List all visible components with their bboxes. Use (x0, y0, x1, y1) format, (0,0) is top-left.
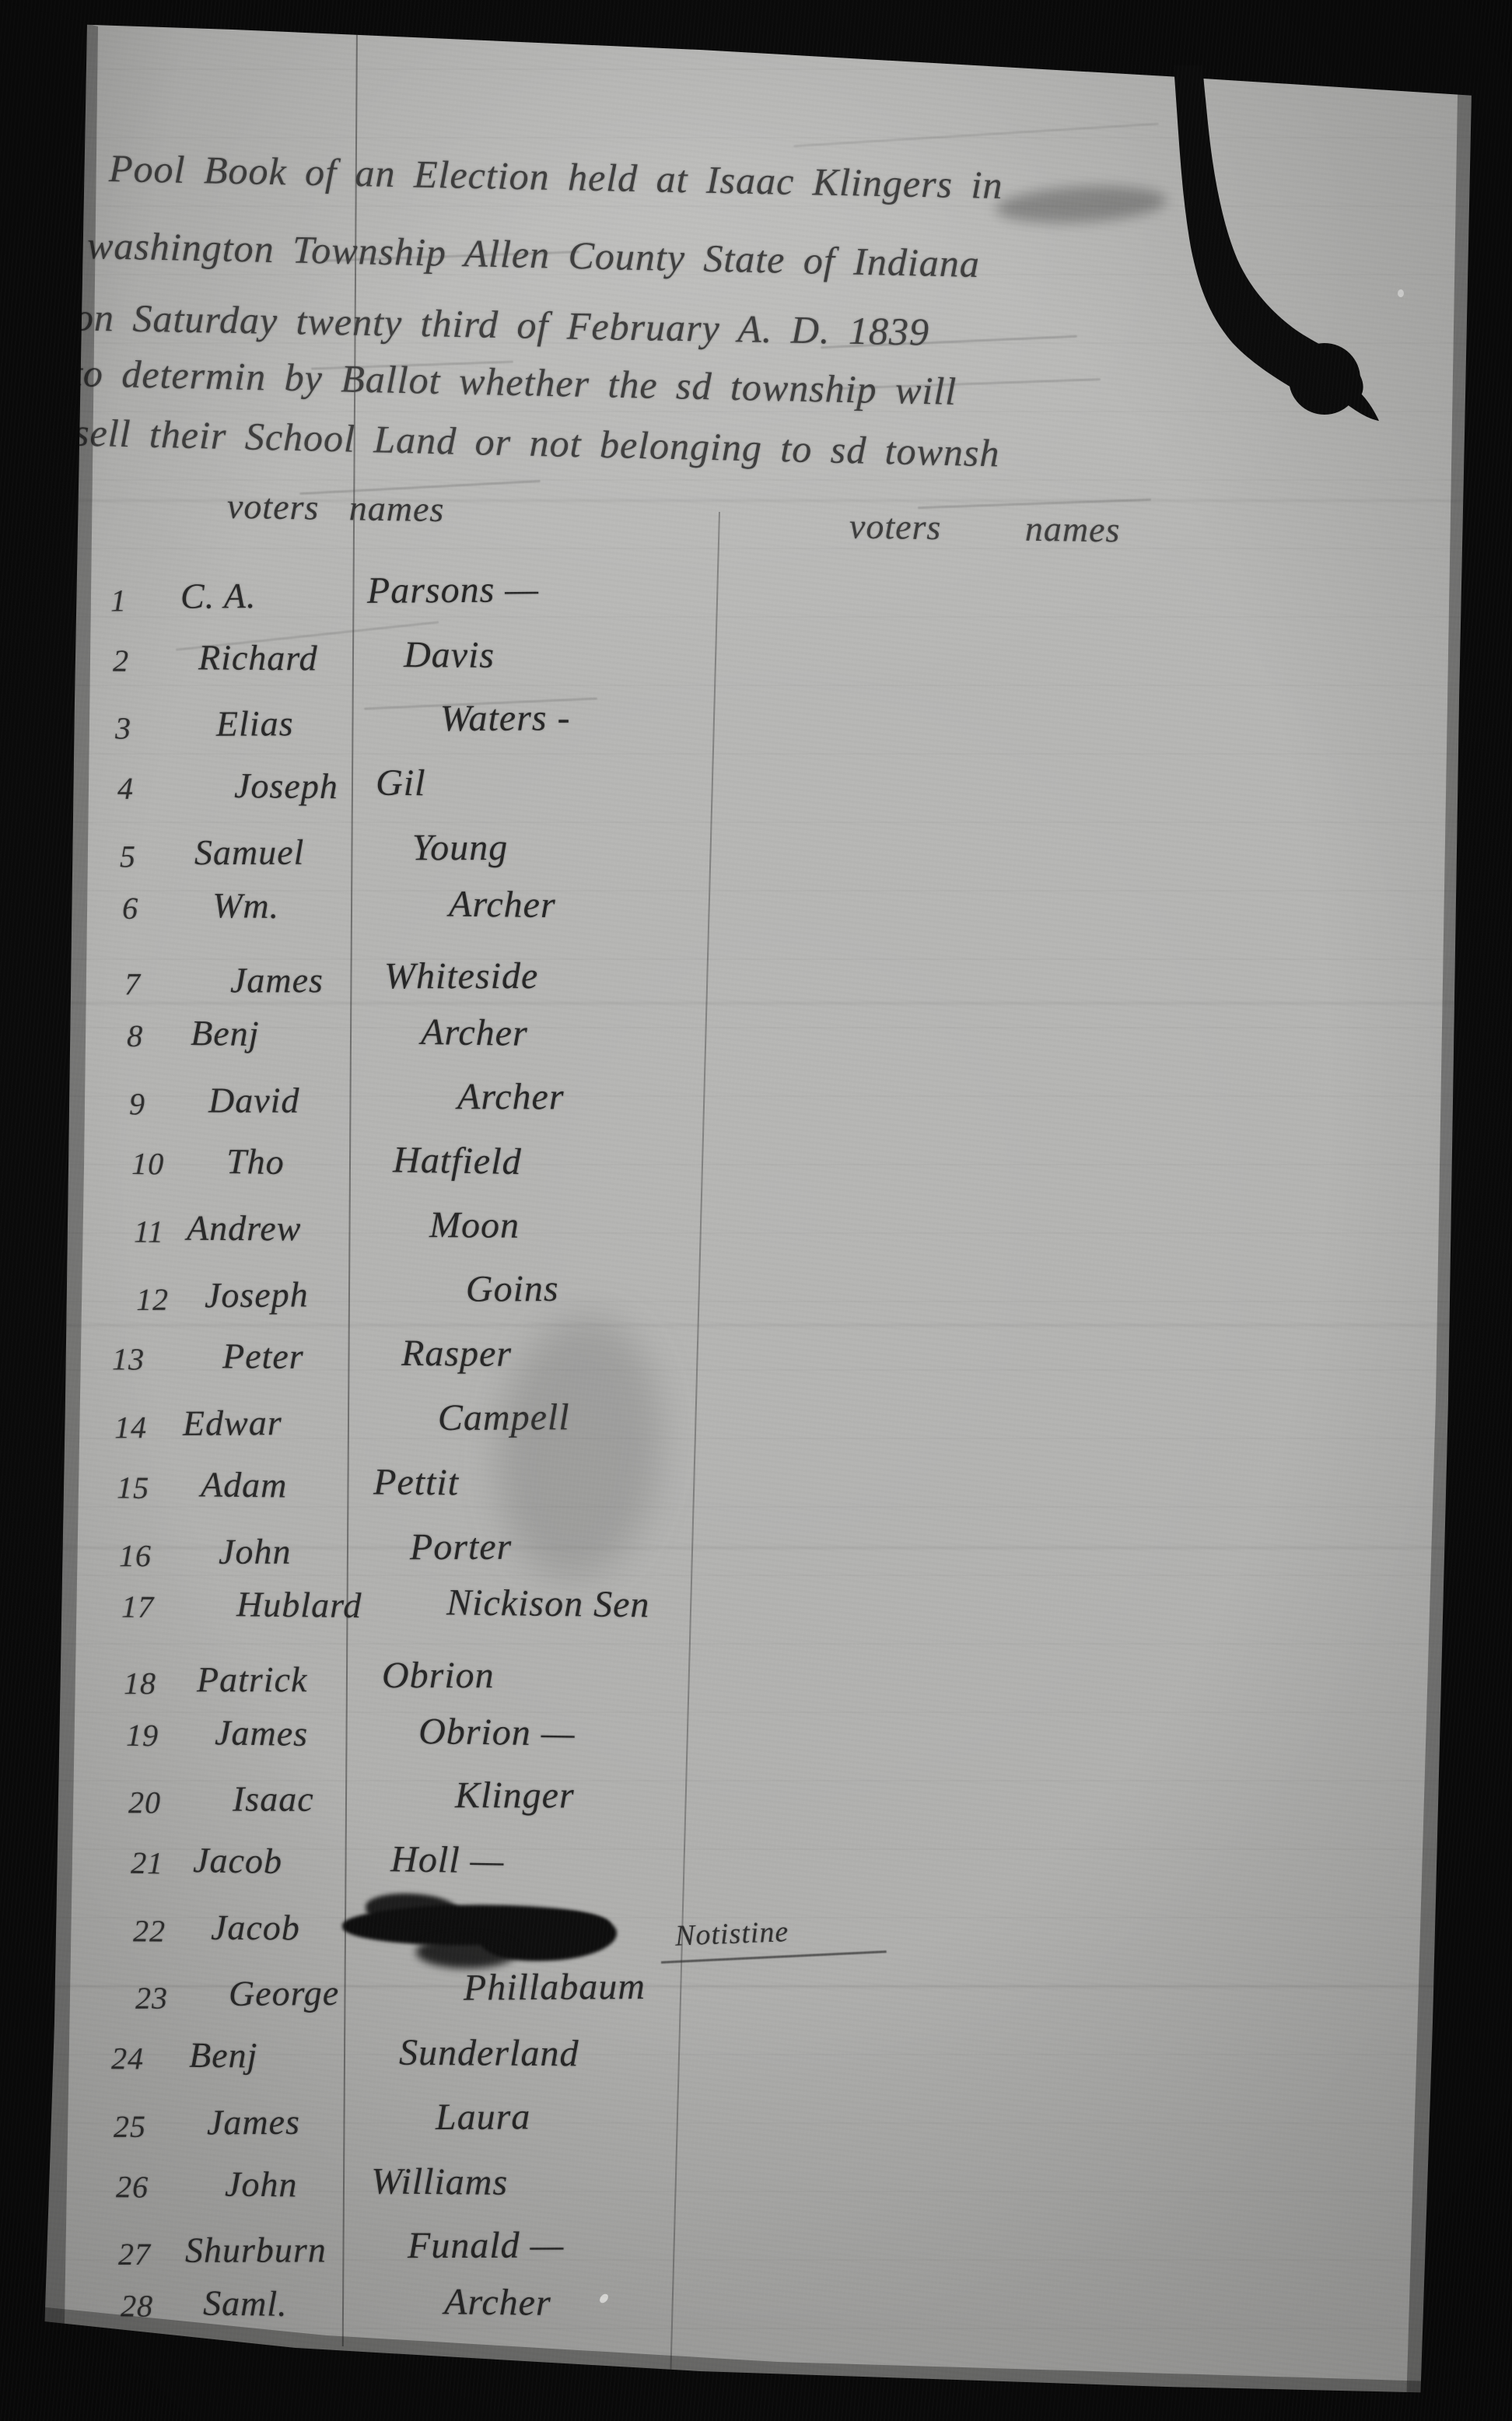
voter-surname: Klinger (455, 1774, 575, 1817)
voter-given-name: Saml. (203, 2283, 288, 2325)
voter-number: 18 (124, 1665, 156, 1701)
voter-surname: Whiteside (384, 955, 538, 997)
voter-given-name: Benj (189, 2034, 258, 2076)
voter-row: 3 Elias Waters - (0, 692, 1512, 764)
voter-given-name: Shurburn (185, 2229, 327, 2270)
voter-given-name: Richard (198, 636, 318, 678)
voter-surname: Williams (371, 2160, 509, 2204)
voter-list: 1 C. A. Parsons — 2 Richard Davis 3 Elia… (0, 0, 1512, 2421)
voter-surname: Archer (421, 1011, 528, 1055)
voter-row: 14 Edwar Campell (0, 1391, 1512, 1463)
voter-number: 12 (136, 1281, 169, 1318)
voter-number: 24 (111, 2040, 144, 2076)
voter-surname: Hatfield (393, 1138, 522, 1183)
voter-surname: Porter (410, 1526, 512, 1568)
voter-surname: Archer (444, 2280, 551, 2325)
voter-number: 1 (110, 582, 127, 618)
voter-given-name: Peter (222, 1335, 304, 1377)
voter-given-name: John (225, 2163, 298, 2206)
voter-number: 5 (120, 838, 136, 874)
voter-given-name: David (208, 1080, 300, 1121)
voter-given-name: C. A. (180, 575, 257, 617)
voter-surname: Sunderland (399, 2031, 579, 2076)
paper-speck (1398, 289, 1404, 297)
voter-surname: Nickison Sen (446, 1581, 650, 1626)
voter-given-name: Andrew (187, 1207, 302, 1249)
voter-row: 1 C. A. Parsons — (0, 560, 1512, 636)
voter-given-name: Adam (201, 1464, 288, 1506)
voter-number: 14 (114, 1409, 147, 1445)
voter-surname: Obrion (382, 1654, 495, 1697)
voter-row: 9 David Archer (0, 1074, 1512, 1141)
voter-number: 22 (133, 1912, 166, 1949)
voter-surname: Rasper (401, 1332, 512, 1375)
voter-surname: Funald — (408, 2224, 564, 2267)
ink-blot-crossed-out-name (416, 1936, 517, 1969)
voter-number: 28 (121, 2287, 154, 2324)
scanned-document: Pool Book of an Election held at Isaac K… (0, 0, 1512, 2421)
voter-row: 12 Joseph Goins (0, 1260, 1512, 1336)
voter-given-name: James (215, 1712, 309, 1754)
voter-given-name: Patrick (197, 1659, 307, 1700)
voter-given-name: John (219, 1531, 292, 1572)
voter-number: 9 (129, 1085, 145, 1122)
voter-number: 17 (121, 1589, 155, 1625)
voter-given-name: James (230, 959, 324, 1000)
voter-given-name: Joseph (205, 1274, 309, 1316)
voter-surname: Davis (404, 633, 495, 677)
voter-given-name: Jacob (193, 1839, 283, 1882)
voter-row: 25 James Laura (0, 2090, 1512, 2161)
voter-number: 6 (122, 890, 139, 927)
voter-number: 21 (131, 1845, 164, 1882)
voter-surname: Obrion — (418, 1710, 576, 1755)
voter-given-name: Isaac (233, 1778, 314, 1820)
voter-surname: Campell (438, 1396, 570, 1439)
voter-surname: Archer (457, 1075, 565, 1118)
voter-given-name: Elias (216, 702, 294, 745)
voter-row: 23 George Phillabaum (0, 1959, 1512, 2034)
voter-given-name: Jacob (211, 1907, 300, 1949)
voter-number: 26 (116, 2168, 149, 2205)
voter-surname: Goins (466, 1267, 559, 1311)
voter-surname: Pettit (373, 1461, 459, 1505)
voter-number: 16 (119, 1537, 152, 1574)
voter-surname: Phillabaum (464, 1965, 646, 2009)
voter-surname: Moon (429, 1203, 520, 1247)
voter-row: 28 Saml. Archer (0, 2275, 1512, 2356)
voter-number: 23 (135, 1980, 168, 2016)
voter-surname: Holl — (390, 1838, 505, 1882)
voter-given-name: Benj (191, 1012, 260, 1054)
voter-number: 7 (124, 965, 141, 1002)
voter-number: 25 (114, 2108, 146, 2145)
voter-surname: Archer (449, 883, 556, 927)
voter-given-name: Tho (226, 1140, 285, 1182)
voter-given-name: Edwar (183, 1402, 282, 1444)
voter-number: 8 (127, 1018, 144, 1054)
voter-row: 6 Wm. Archer (0, 878, 1512, 958)
voter-surname: Waters - (440, 696, 571, 740)
voter-number: 20 (128, 1784, 161, 1820)
voter-number: 2 (113, 643, 129, 679)
voter-surname: Parsons — (367, 568, 539, 612)
page-paper: Pool Book of an Election held at Isaac K… (0, 0, 1512, 2421)
voter-number: 19 (126, 1717, 159, 1754)
voter-number: 10 (131, 1145, 165, 1182)
voter-row: 20 Isaac Klinger (0, 1773, 1512, 1840)
voter-number: 13 (112, 1340, 145, 1377)
voter-row: 17 Hublard Nickison Sen (0, 1576, 1512, 1657)
voter-given-name: George (229, 1972, 340, 2014)
voter-surname: Laura (436, 2095, 531, 2139)
voter-surname: Gil (376, 762, 426, 805)
voter-given-name: Hublard (236, 1583, 362, 1626)
voter-given-name: James (207, 2101, 300, 2143)
voter-given-name: Joseph (234, 765, 338, 807)
voter-given-name: Wm. (212, 885, 280, 927)
voter-number: 15 (117, 1470, 149, 1506)
voter-given-name: Samuel (194, 832, 305, 873)
correction-note: Notistine (674, 1915, 789, 1953)
voter-number: 3 (115, 709, 131, 746)
voter-number: 4 (117, 770, 134, 807)
voter-surname: Young (412, 826, 508, 869)
voter-number: 11 (134, 1214, 164, 1250)
voter-number: 27 (118, 2236, 151, 2272)
